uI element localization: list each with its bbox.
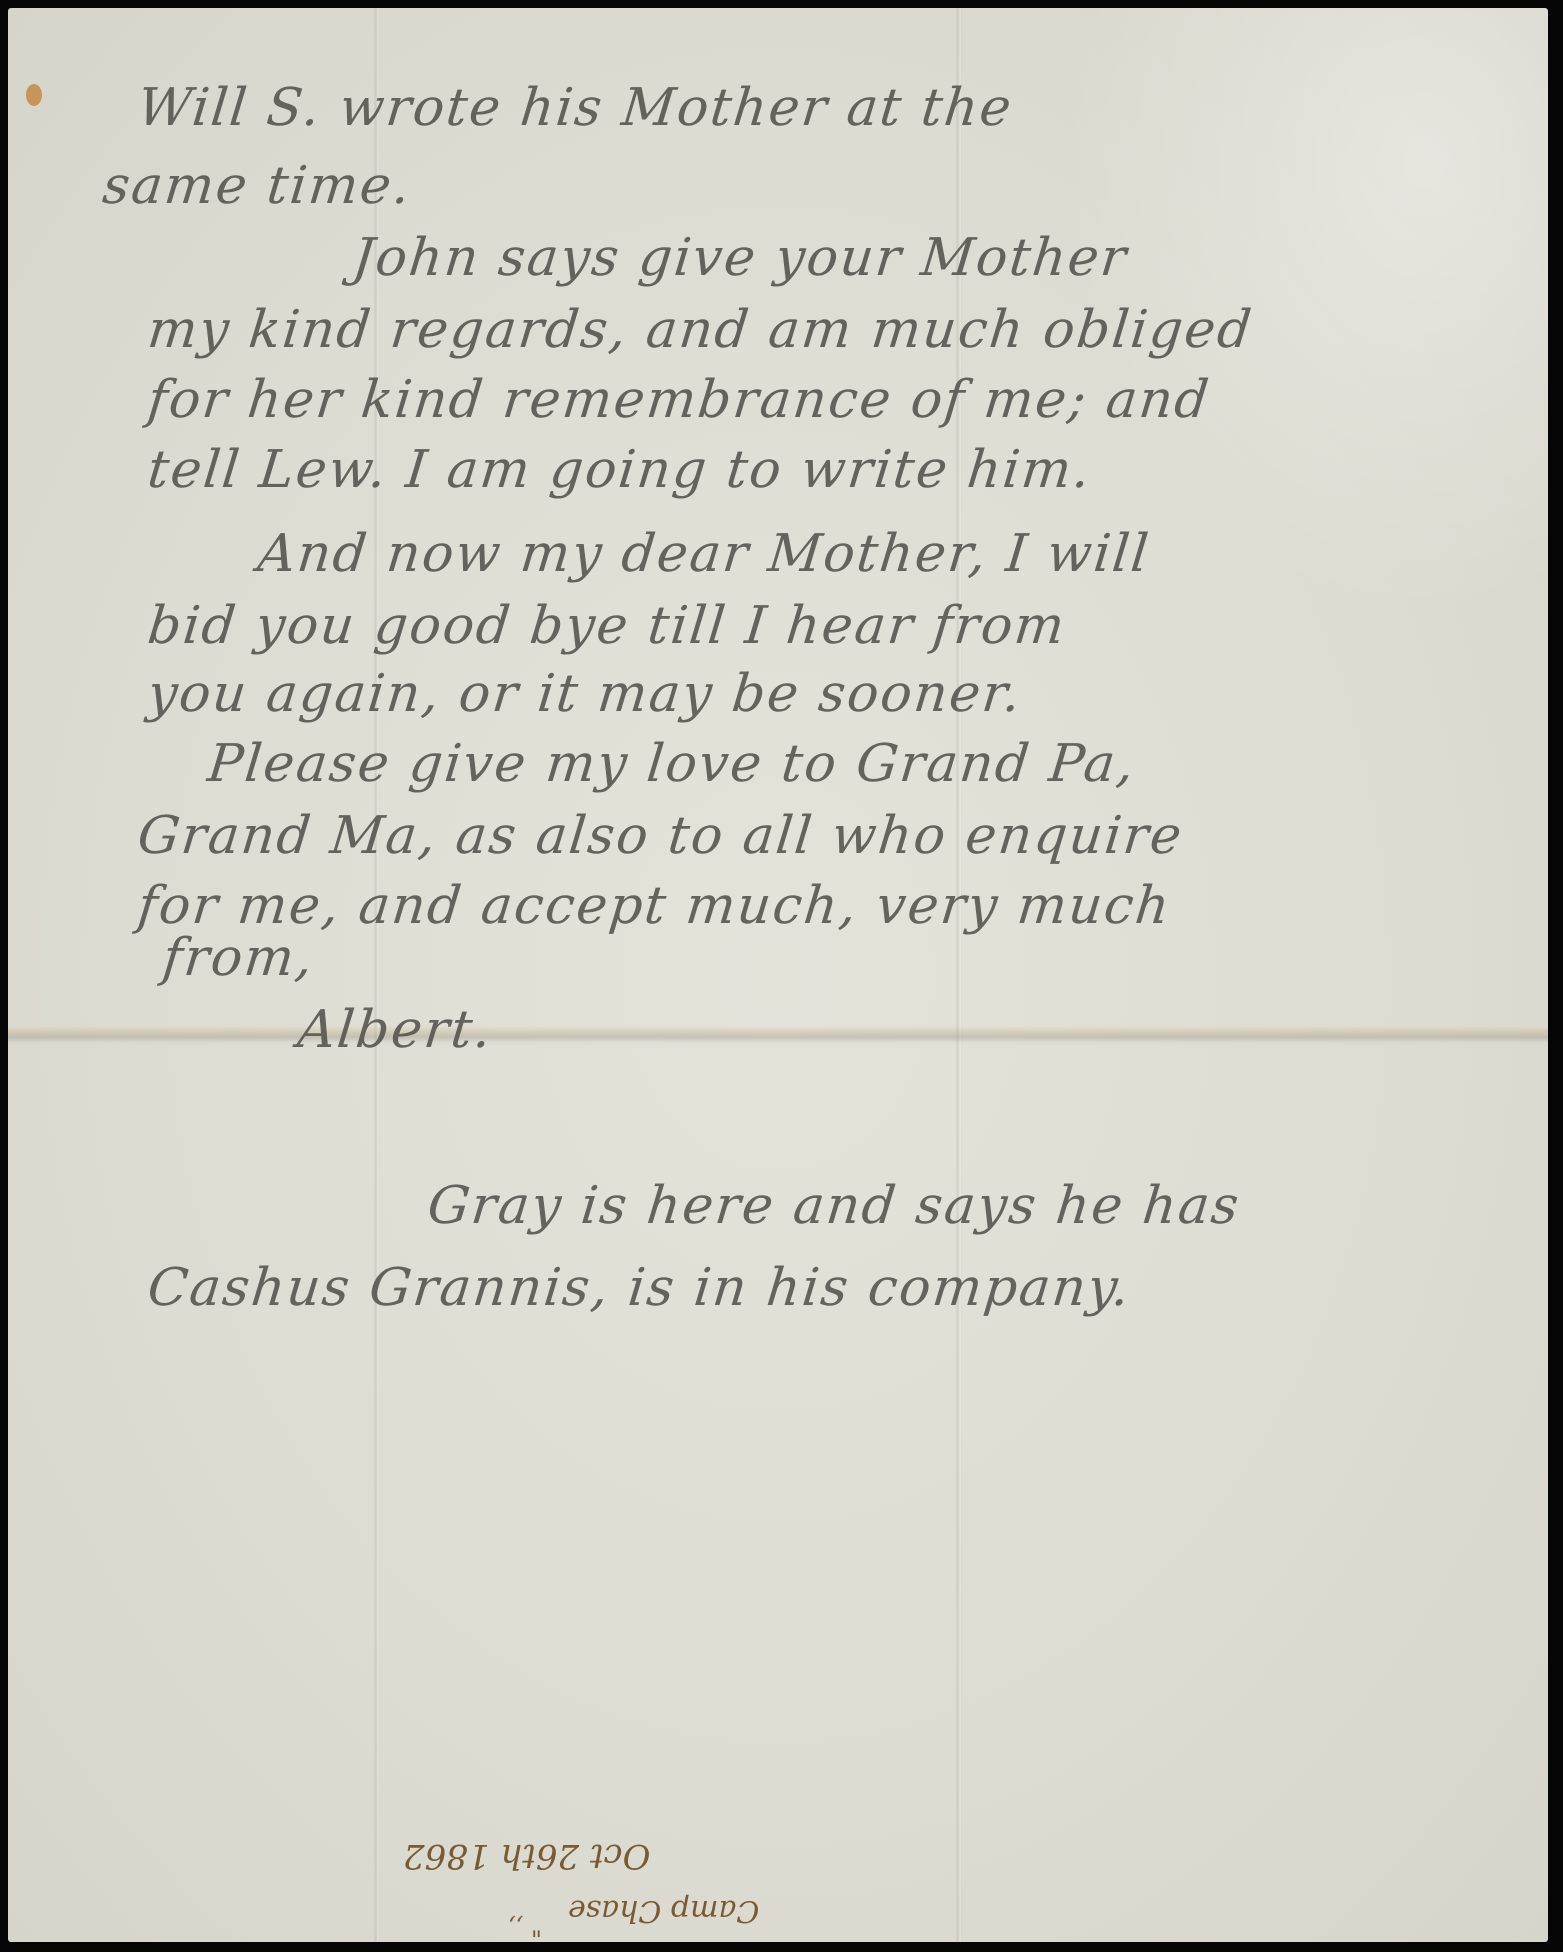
letter-line-12: for me, and accept much, very much: [135, 876, 1174, 936]
horizontal-fold-stain: [8, 1026, 1548, 1048]
letter-page: Will S. wrote his Mother at the same tim…: [8, 8, 1548, 1942]
postscript-line-1: Gray is here and says he has: [425, 1176, 1243, 1236]
letter-line-8: bid you good bye till I hear from: [145, 596, 1069, 656]
docket-date: Oct 26th 1862: [403, 1836, 651, 1876]
letter-line-3: John says give your Mother: [350, 228, 1131, 288]
letter-line-1: Will S. wrote his Mother at the: [135, 78, 1016, 138]
docket-marks: " ,,: [508, 1913, 542, 1941]
postscript-line-2: Cashus Grannis, is in his company.: [145, 1258, 1134, 1318]
letter-line-5: for her kind remembrance of me; and: [145, 370, 1213, 430]
signature: Albert.: [295, 1000, 496, 1060]
rust-stain: [26, 84, 42, 106]
letter-line-2: same time.: [100, 156, 415, 216]
vertical-fold-left: [374, 8, 380, 1942]
letter-line-7: And now my dear Mother, I will: [255, 524, 1153, 584]
letter-line-6: tell Lew. I am going to write him.: [145, 440, 1095, 500]
letter-line-13: from,: [160, 928, 318, 988]
letter-line-10: Please give my love to Grand Pa,: [205, 734, 1139, 794]
letter-line-11: Grand Ma, as also to all who enquire: [135, 806, 1186, 866]
vertical-fold-right: [956, 8, 962, 1942]
letter-line-9: you again, or it may be sooner.: [145, 664, 1025, 724]
docket-place: Camp Chase: [568, 1893, 759, 1928]
letter-line-4: my kind regards, and am much obliged: [145, 300, 1256, 360]
